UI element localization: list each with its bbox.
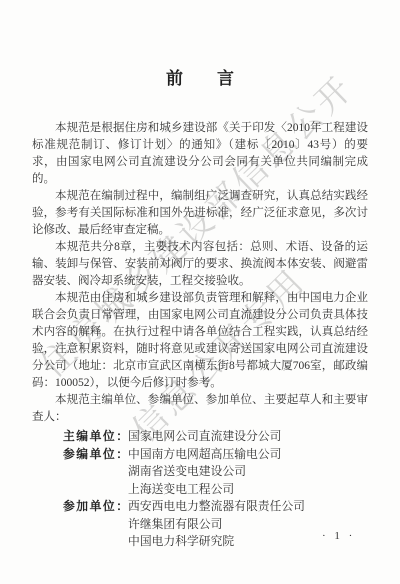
preface-title: 前 言 [0, 0, 400, 89]
paragraph: 本规范由住房和城乡建设部负责管理和解释，由中国电力企业联合会负责日常管理，由国家… [32, 290, 368, 392]
unit-colon: ： [116, 446, 128, 464]
unit-names: 西安西电电力整流器有限责任公司许继集团有限公司中国电力科学研究院 [128, 498, 380, 551]
paragraph: 本规范在编制过程中，编制组广泛调查研究，认真总结实践经验，参考有关国际标准和国外… [32, 188, 368, 239]
unit-name: 上海送变电工程公司 [128, 481, 380, 499]
document-page: 住房城乡建设部信息公开 信息公开专用 前 言 本规范是根据住房和城乡建设部《关于… [0, 0, 400, 584]
page-number: · 1 · [322, 530, 355, 542]
unit-name: 中国南方电网超高压输电公司 [128, 446, 380, 464]
unit-label: 参编单位 [63, 446, 116, 464]
unit-row: 主编单位：国家电网公司直流建设分公司 [63, 428, 380, 446]
page-content: 前 言 本规范是根据住房和城乡建设部《关于印发〈2010年工程建设标准规范制订、… [0, 0, 400, 551]
paragraph: 本规范主编单位、参编单位、参加单位、主要起草人和主要审查人： [32, 392, 368, 426]
unit-colon: ： [116, 428, 128, 446]
preface-paragraphs: 本规范是根据住房和城乡建设部《关于印发〈2010年工程建设标准规范制订、修订计划… [32, 120, 368, 426]
paragraph: 本规范共分8章，主要技术内容包括：总则、术语、设备的运输、装卸与保管、安装前对阀… [32, 239, 368, 290]
paragraph: 本规范是根据住房和城乡建设部《关于印发〈2010年工程建设标准规范制订、修订计划… [32, 120, 368, 188]
unit-names: 中国南方电网超高压输电公司湖南省送变电建设公司上海送变电工程公司 [128, 446, 380, 499]
unit-name: 国家电网公司直流建设分公司 [128, 428, 380, 446]
unit-colon: ： [116, 498, 128, 516]
unit-name: 湖南省送变电建设公司 [128, 463, 380, 481]
unit-row: 参加单位：西安西电电力整流器有限责任公司许继集团有限公司中国电力科学研究院 [63, 498, 380, 551]
unit-names: 国家电网公司直流建设分公司 [128, 428, 380, 446]
unit-label: 参加单位 [63, 498, 116, 516]
unit-row: 参编单位：中国南方电网超高压输电公司湖南省送变电建设公司上海送变电工程公司 [63, 446, 380, 499]
unit-label: 主编单位 [63, 428, 116, 446]
unit-name: 西安西电电力整流器有限责任公司 [128, 498, 380, 516]
